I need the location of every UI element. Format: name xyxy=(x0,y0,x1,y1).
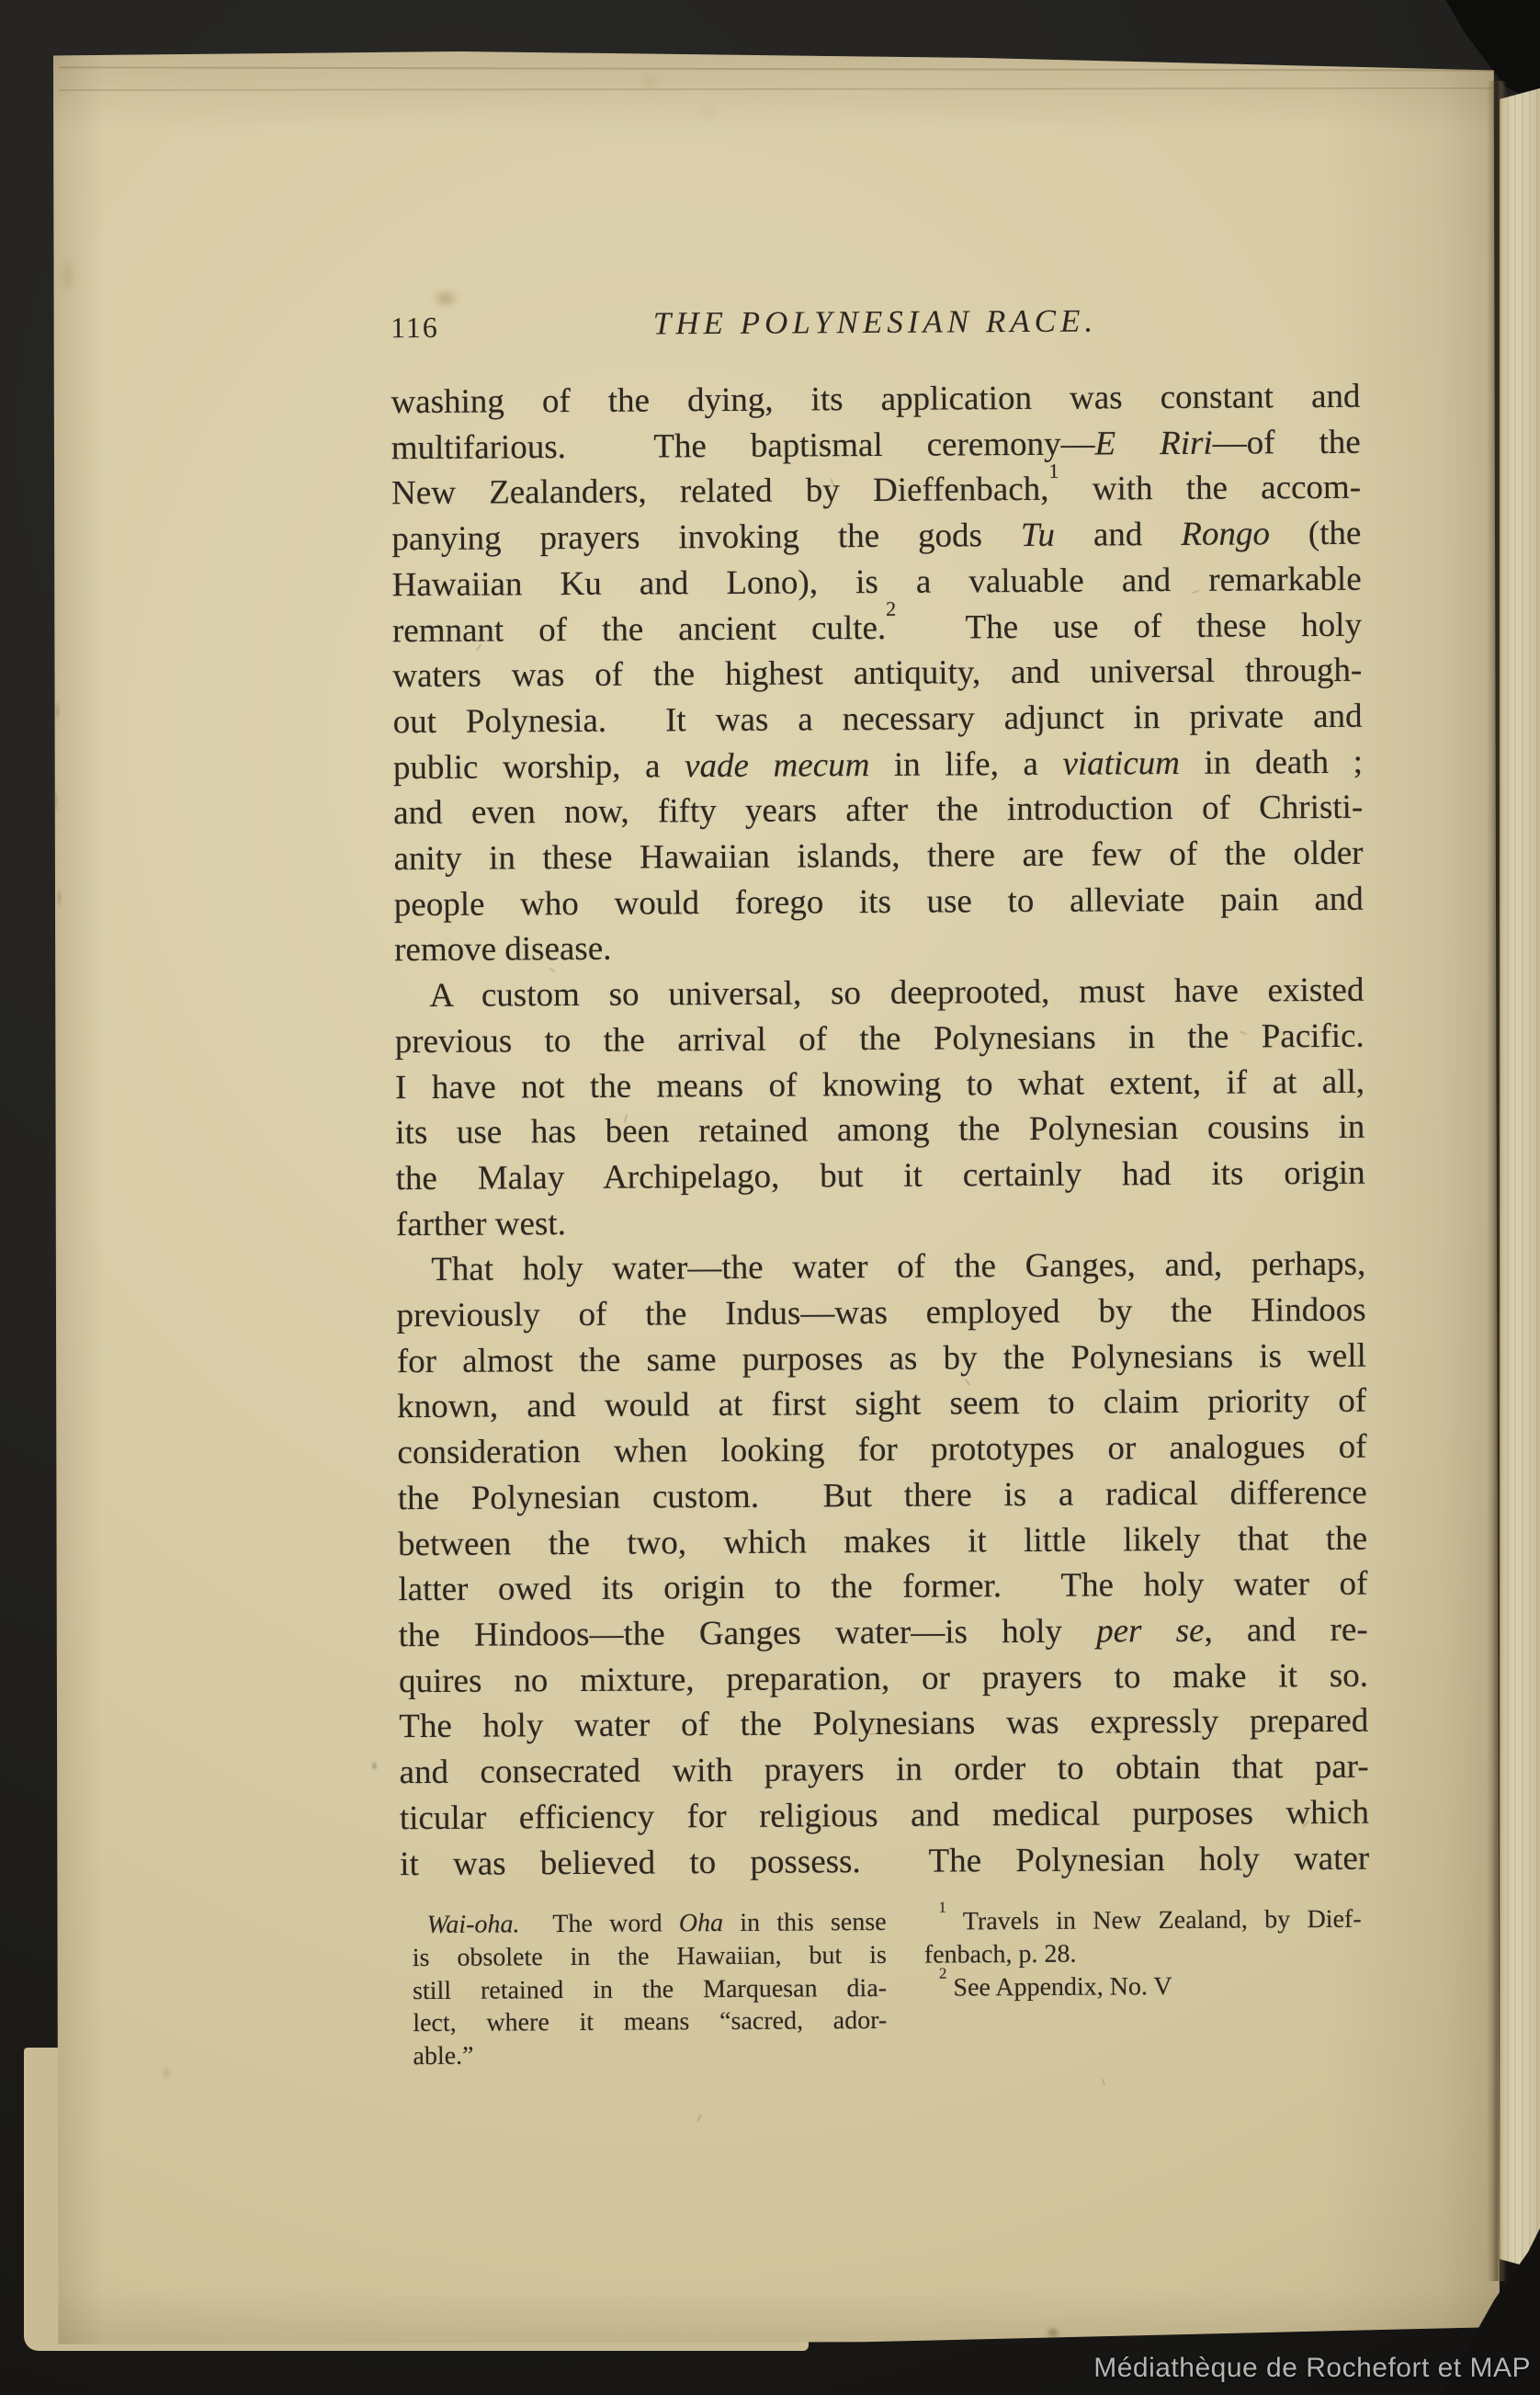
text-line: New Zealanders, related by Dieffenbach,1… xyxy=(391,465,1361,516)
text-line: people who would forego its use to allev… xyxy=(394,876,1364,927)
running-title: THE POLYNESIAN RACE. xyxy=(391,301,1360,344)
text-line: between the two, which makes it little l… xyxy=(398,1515,1367,1567)
text-line: remove disease. xyxy=(394,922,1364,973)
text-line: consideration when looking for prototype… xyxy=(397,1425,1366,1476)
text-line: its use has been retained among the Poly… xyxy=(395,1105,1364,1156)
text-line: The holy water of the Polynesians was ex… xyxy=(399,1698,1368,1750)
footnote-line: fenbach, p. 28. xyxy=(924,1936,1362,1972)
text-line: for almost the same purposes as by the P… xyxy=(397,1334,1366,1385)
text-line: out Polynesia. It was a necessary adjunc… xyxy=(392,694,1362,745)
library-watermark: Médiathèque de Rochefort et MAP xyxy=(1093,2353,1531,2384)
text-line: the Malay Archipelago, but it certainly … xyxy=(396,1151,1365,1202)
footnote-line: 2 See Appendix, No. V xyxy=(924,1969,1362,2004)
footnote-line: is obsolete in the Hawaiian, but is xyxy=(413,1939,887,1975)
text-line: Hawaiian Ku and Lono), is a valuable and… xyxy=(392,557,1362,608)
body-text: washing of the dying, its application wa… xyxy=(391,374,1369,1888)
text-line: That holy water—the water of the Ganges,… xyxy=(396,1242,1365,1293)
page-content: 116 THE POLYNESIAN RACE. washing of the … xyxy=(51,45,1512,2348)
footnote-line: lect, where it means “sacred, ador- xyxy=(413,2004,887,2040)
text-line: waters was of the highest antiquity, and… xyxy=(392,648,1362,699)
page-fold-crease xyxy=(1487,81,1507,2281)
footnote-line: 1 Travels in New Zealand, by Dief- xyxy=(924,1903,1362,1939)
text-line: washing of the dying, its application wa… xyxy=(391,374,1360,426)
text-line: previously of the Indus—was employed by … xyxy=(396,1288,1365,1339)
text-line: it was believed to possess. The Polynesi… xyxy=(400,1835,1369,1887)
text-line: remnant of the ancient culte.2 The use o… xyxy=(392,602,1362,653)
text-line: and even now, fifty years after the intr… xyxy=(393,785,1363,836)
text-line: known, and would at first sight seem to … xyxy=(397,1379,1366,1430)
footnote-line: Wai-oha. The word Oha in this sense xyxy=(413,1906,887,1942)
text-line: quires no mixture, preparation, or praye… xyxy=(399,1652,1368,1704)
footnotes: Wai-oha. The word Oha in this senseis ob… xyxy=(63,1902,1510,1912)
text-line: the Polynesian custom. But there is a ra… xyxy=(398,1470,1367,1522)
footnote-right-column: 1 Travels in New Zealand, by Dief-fenbac… xyxy=(924,1903,1363,2004)
text-line: panying prayers invoking the gods Tu and… xyxy=(391,511,1361,562)
book-page: 116 THE POLYNESIAN RACE. washing of the … xyxy=(53,51,1500,2345)
text-line: the Hindoos—the Ganges water—is holy per… xyxy=(399,1607,1368,1659)
text-line: multifarious. The baptismal ceremony—E R… xyxy=(391,419,1361,471)
text-line: and consecrated with prayers in order to… xyxy=(399,1744,1368,1796)
text-line: A custom so universal, so deeprooted, mu… xyxy=(394,968,1364,1019)
text-line: latter owed its origin to the former. Th… xyxy=(398,1561,1367,1613)
footnote-line: still retained in the Marquesan dia- xyxy=(413,1972,887,2008)
page-header: 116 THE POLYNESIAN RACE. xyxy=(391,301,1360,349)
book-scan: 116 THE POLYNESIAN RACE. washing of the … xyxy=(0,0,1540,2395)
footnote-left-column: Wai-oha. The word Oha in this senseis ob… xyxy=(413,1906,888,2073)
text-line: previous to the arrival of the Polynesia… xyxy=(395,1014,1364,1065)
text-line: anity in these Hawaiian islands, there a… xyxy=(393,831,1363,882)
footnote-line: able.” xyxy=(413,2037,887,2073)
text-line: farther west. xyxy=(396,1196,1365,1247)
text-line: ticular efficiency for religious and med… xyxy=(400,1790,1369,1842)
text-line: I have not the means of knowing to what … xyxy=(395,1059,1364,1110)
text-line: public worship, a vade mecum in life, a … xyxy=(393,739,1363,790)
